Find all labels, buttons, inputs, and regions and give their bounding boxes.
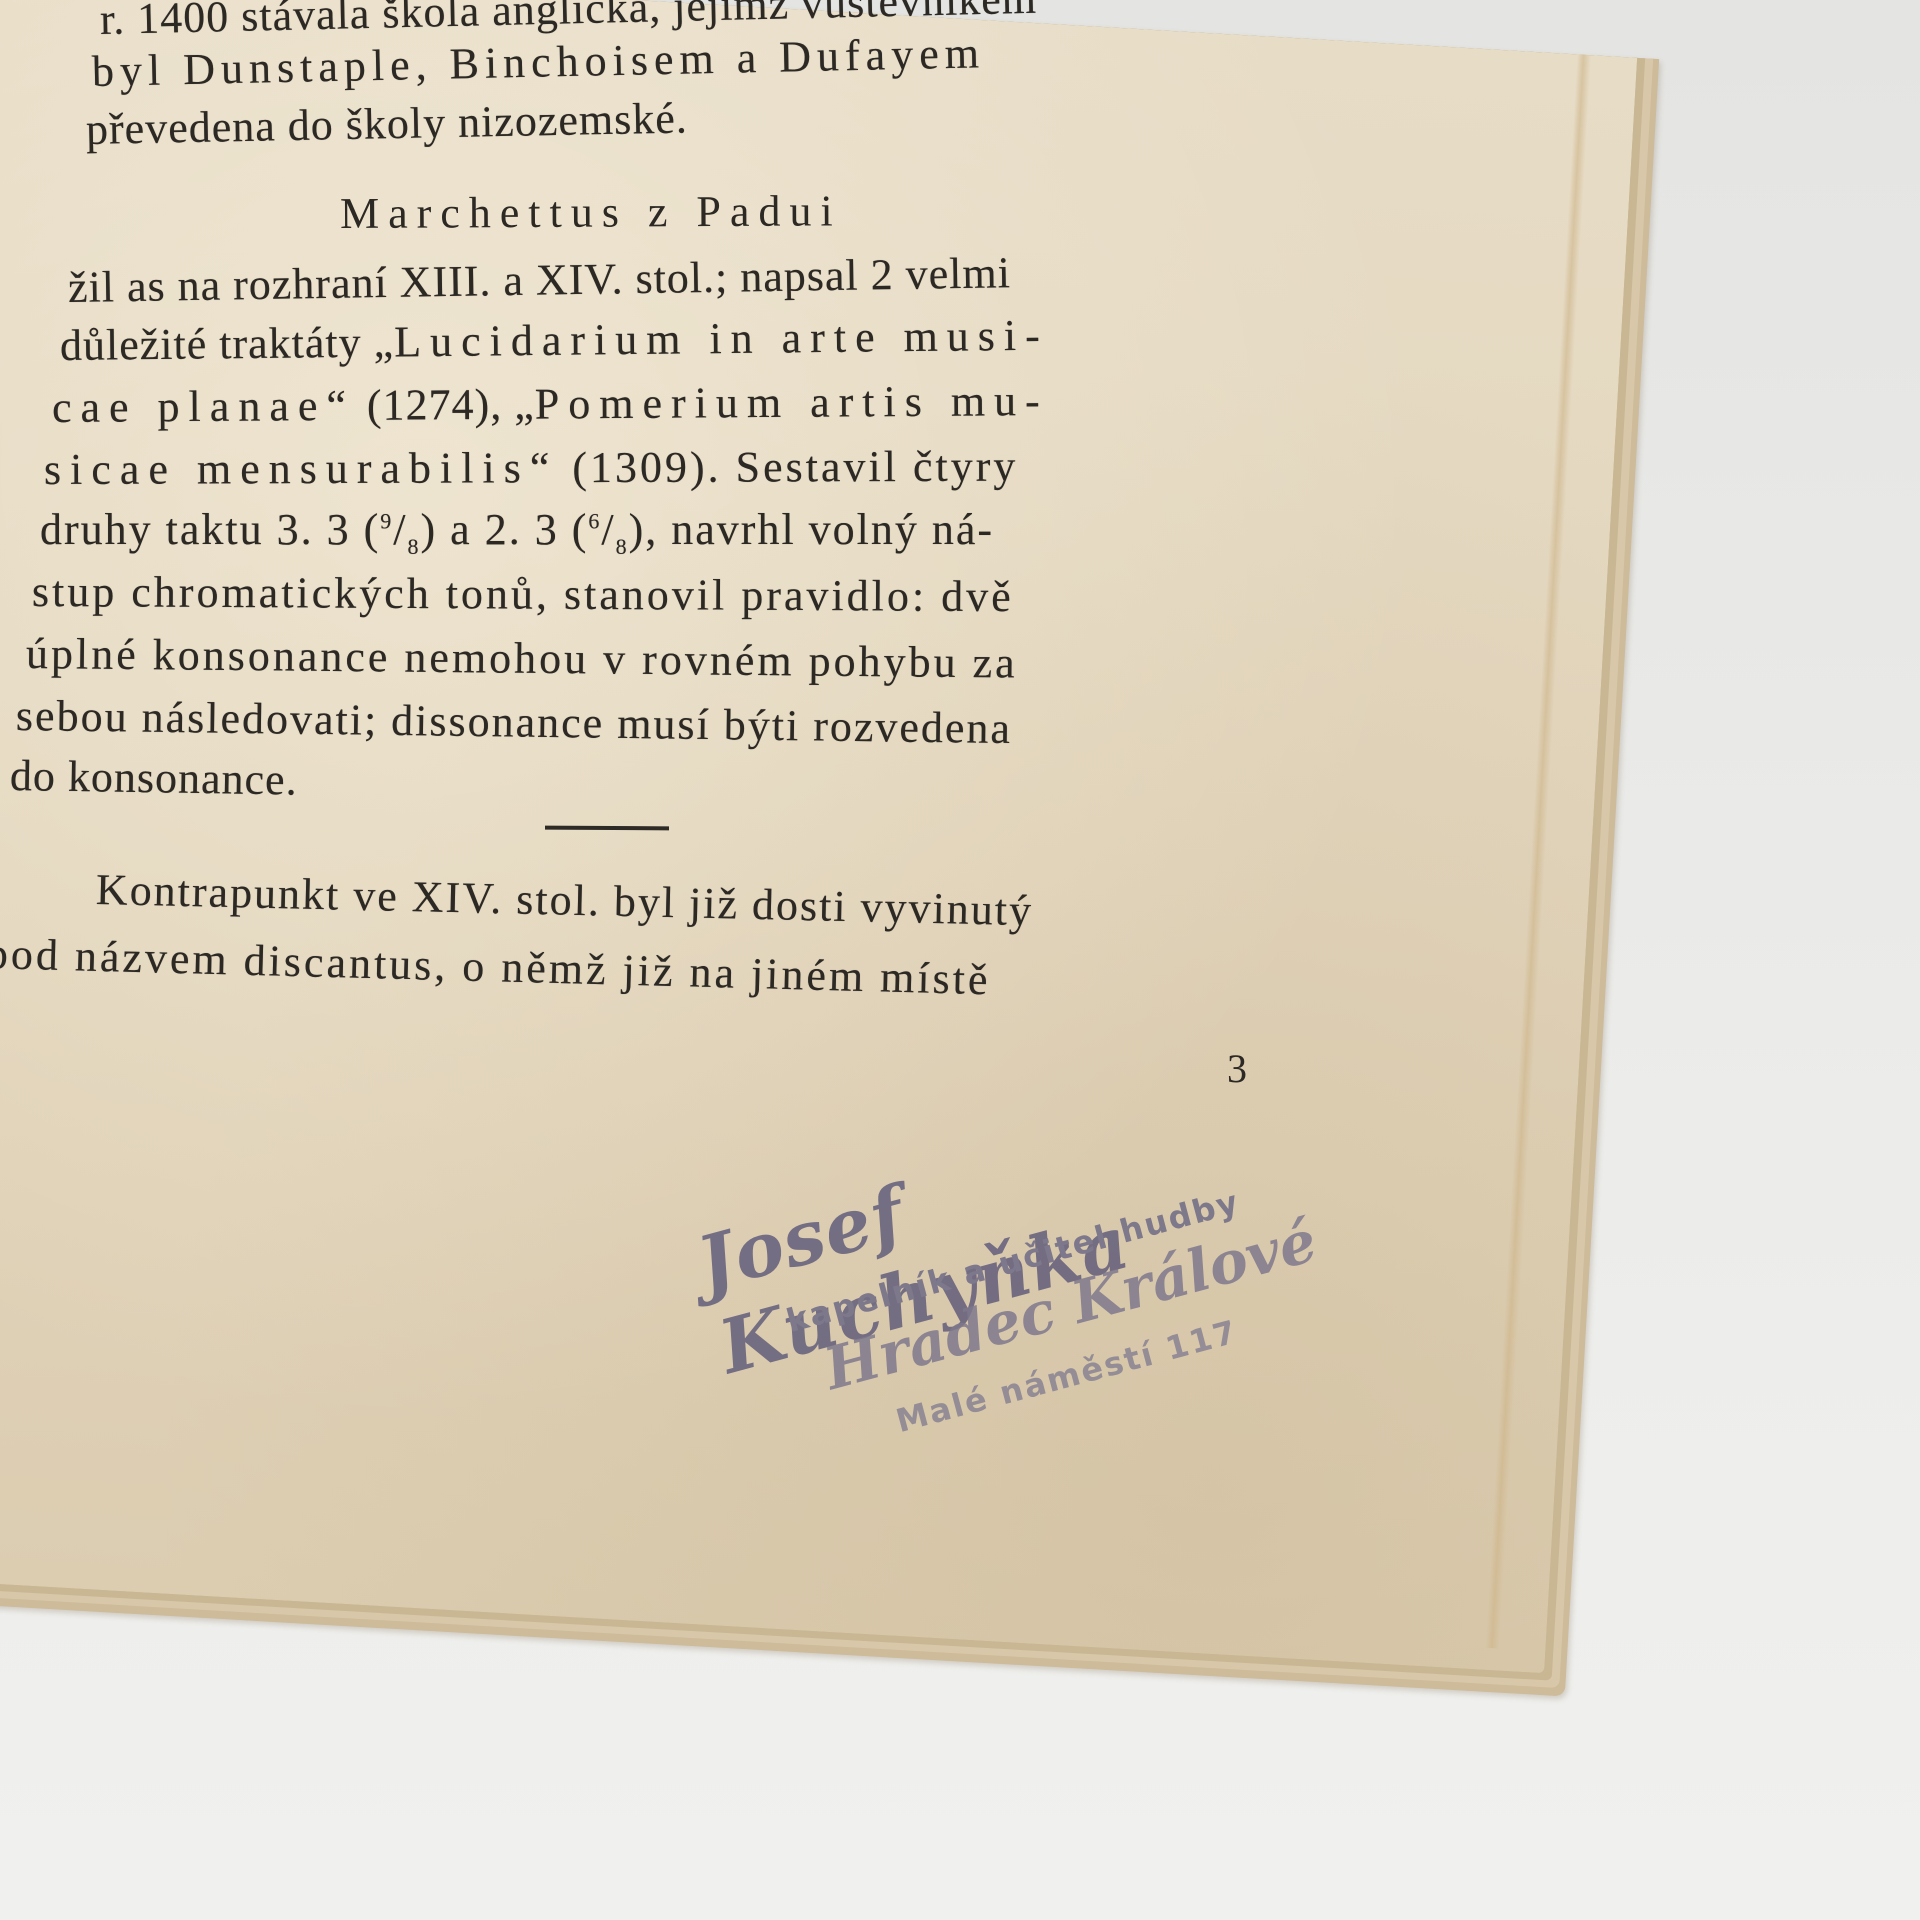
latin-title-span: sicae mensurabilis“ [44, 443, 558, 494]
text-line: do konsonance. [10, 750, 298, 806]
latin-title-span: Pomerium artis mu- [535, 376, 1049, 429]
text-line: převedena do školy nizozemské. [86, 92, 689, 155]
text-line: cae planae“ (1274), „Pomerium artis mu- [52, 375, 1049, 433]
latin-title-span: cae planae“ [52, 381, 355, 432]
text-span: druhy taktu 3. 3 ( [40, 505, 380, 554]
text-span: důležité traktáty „ [60, 318, 395, 370]
text-line: druhy taktu 3. 3 (9/8) a 2. 3 (6/8), nav… [40, 504, 994, 560]
text-span: (1309). Sestavil čtyry [558, 442, 1018, 493]
text-span: ), navrhl volný ná- [629, 505, 994, 554]
text-span: ) a 2. 3 ( [421, 505, 589, 554]
fraction-numerator: 9 [380, 508, 393, 533]
text-line: stup chromatických tonů, stanovil pravid… [32, 566, 1014, 622]
text-line: důležité traktáty „Lucidarium in arte mu… [60, 310, 1049, 371]
text-span: (1274), „ [355, 380, 535, 430]
text-line: pod názvem discantus, o němž již na jiné… [0, 928, 991, 1005]
text-line: úplné konsonance nemohou v rovném pohybu… [26, 628, 1018, 689]
section-divider-rule [545, 826, 669, 831]
text-line: sebou následovati; dissonance musí býti … [16, 690, 1013, 754]
text-line: žil as na rozhraní XIII. a XIV. stol.; n… [68, 247, 1012, 313]
text-line: sicae mensurabilis“ (1309). Sestavil čty… [44, 441, 1019, 495]
fraction-numerator: 6 [588, 508, 601, 533]
page-text: r. 1400 stávala škola anglická, jejímž v… [0, 0, 1920, 1920]
fraction-denominator: 8 [408, 534, 421, 559]
section-heading: Marchettus z Padui [340, 185, 842, 239]
text-line: Kontrapunkt ve XIV. stol. byl již dosti … [95, 864, 1033, 936]
fraction-denominator: 8 [616, 534, 629, 559]
latin-title-span: Lucidarium in arte musi- [394, 311, 1049, 367]
photo-background: r. 1400 stávala škola anglická, jejímž v… [0, 0, 1920, 1920]
